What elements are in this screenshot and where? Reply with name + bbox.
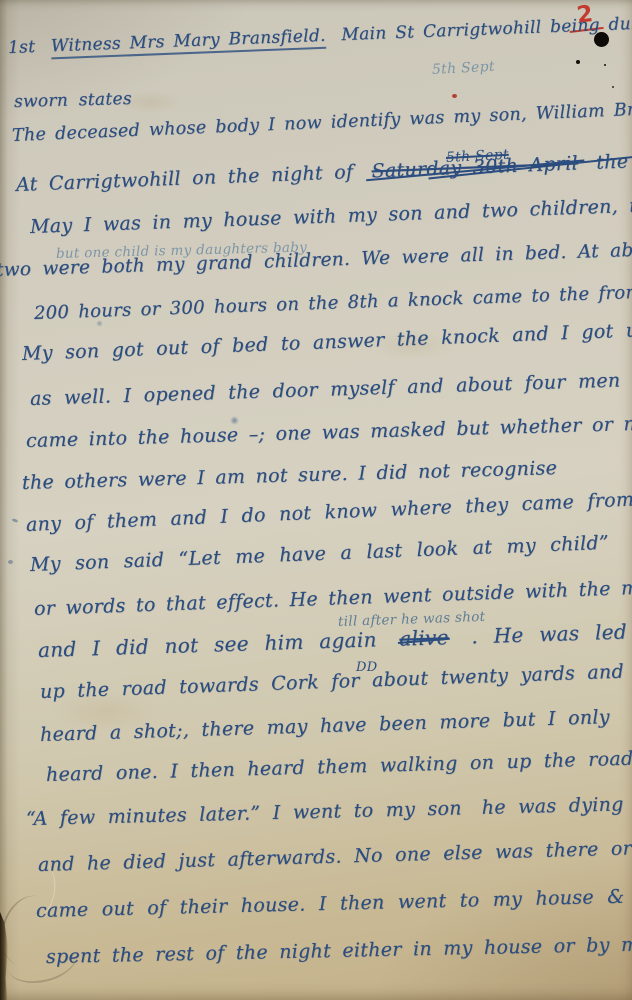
- line-text: “A few minutes later.” I went to my son: [26, 797, 462, 830]
- line-text: as well. I opened the door myself and ab…: [30, 369, 621, 410]
- ink-blot: [469, 798, 470, 820]
- line-text: heard a shot;, there may have been more …: [40, 706, 610, 746]
- interlinear-insertion: 5th Sept: [432, 59, 496, 78]
- manuscript-line: came out of their house. I then went to …: [36, 886, 625, 922]
- witness-address: Main St Carrigtwohill being duly: [341, 13, 632, 45]
- line-text: spent the rest of the night either in my…: [46, 933, 632, 968]
- manuscript-line: May I was in my house with my son and tw…: [30, 193, 632, 238]
- line-text: and I did not see him again: [38, 627, 377, 662]
- line-text: the 7/8th: [596, 148, 632, 174]
- line-text: came into the house –; one was masked bu…: [26, 412, 632, 452]
- paper-edge-tear: [0, 912, 8, 1000]
- ink-speck: [612, 86, 614, 88]
- manuscript-page: 2 1st Witness Mrs Mary Bransfield. Main …: [0, 0, 632, 1000]
- manuscript-line: the others were I am not sure. I did not…: [22, 457, 558, 494]
- line-text: May I was in my house with my son and tw…: [30, 193, 632, 238]
- manuscript-line: My son said “Let me have a last look at …: [30, 532, 610, 576]
- manuscript-line: and he died just afterwards. No one else…: [38, 837, 632, 876]
- line-text: or words to that effect. He then went ou…: [34, 576, 632, 620]
- red-speck: [452, 94, 457, 98]
- line-text: the others were I am not sure. I did not…: [22, 457, 558, 494]
- manuscript-line: 1st Witness Mrs Mary Bransfield. Main St…: [8, 13, 632, 58]
- line-text: At Carrigtwohill on the night of: [16, 161, 354, 196]
- ink-speck: [576, 60, 580, 64]
- manuscript-line: or words to that effect. He then went ou…: [34, 576, 632, 620]
- witness-name: Witness Mrs Mary Bransfield.: [51, 26, 327, 60]
- manuscript-line: as well. I opened the door myself and ab…: [30, 369, 621, 410]
- witness-number: 1st: [8, 37, 36, 58]
- line-text: came out of their house. I then went to …: [36, 886, 625, 922]
- manuscript-line: spent the rest of the night either in my…: [46, 933, 632, 968]
- line-text: and he died just afterwards. No one else…: [38, 837, 632, 876]
- manuscript-line: heard one. I then heard them walking on …: [46, 747, 632, 786]
- manuscript-line: up the road towards Cork for about twent…: [40, 660, 632, 703]
- ink-speck: [604, 64, 606, 66]
- line-text: heard one. I then heard them walking on …: [46, 747, 632, 786]
- manuscript-line: any of them and I do not know where they…: [26, 488, 632, 536]
- manuscript-line: heard a shot;, there may have been more …: [40, 706, 610, 746]
- manuscript-line: My son got out of bed to answer the knoc…: [22, 319, 632, 365]
- line-text: he was dying: [481, 793, 623, 818]
- line-text: sworn states: [14, 89, 132, 112]
- line-text: up the road towards Cork for about twent…: [40, 660, 632, 703]
- struck-text: alive: [399, 625, 449, 651]
- struck-text: Saturday 30th April: [371, 152, 578, 182]
- manuscript-line: sworn states: [14, 89, 132, 112]
- manuscript-line: At Carrigtwohill on the night of Saturda…: [16, 148, 632, 196]
- line-text: 200 hours or 300 hours on the 8th a knoc…: [34, 280, 632, 324]
- manuscript-line: 200 hours or 300 hours on the 8th a knoc…: [34, 280, 632, 324]
- line-text: My son got out of bed to answer the knoc…: [22, 319, 632, 365]
- line-text: any of them and I do not know where they…: [26, 488, 632, 536]
- ink-speck: [12, 518, 19, 523]
- manuscript-line: and I did not see him again alive . He w…: [38, 619, 628, 661]
- line-text: My son said “Let me have a last look at …: [30, 532, 610, 576]
- ink-speck: [8, 560, 13, 564]
- manuscript-line: “A few minutes later.” I went to my sonh…: [26, 793, 624, 831]
- line-text: . He was led: [471, 619, 627, 648]
- manuscript-line: came into the house –; one was masked bu…: [26, 412, 632, 452]
